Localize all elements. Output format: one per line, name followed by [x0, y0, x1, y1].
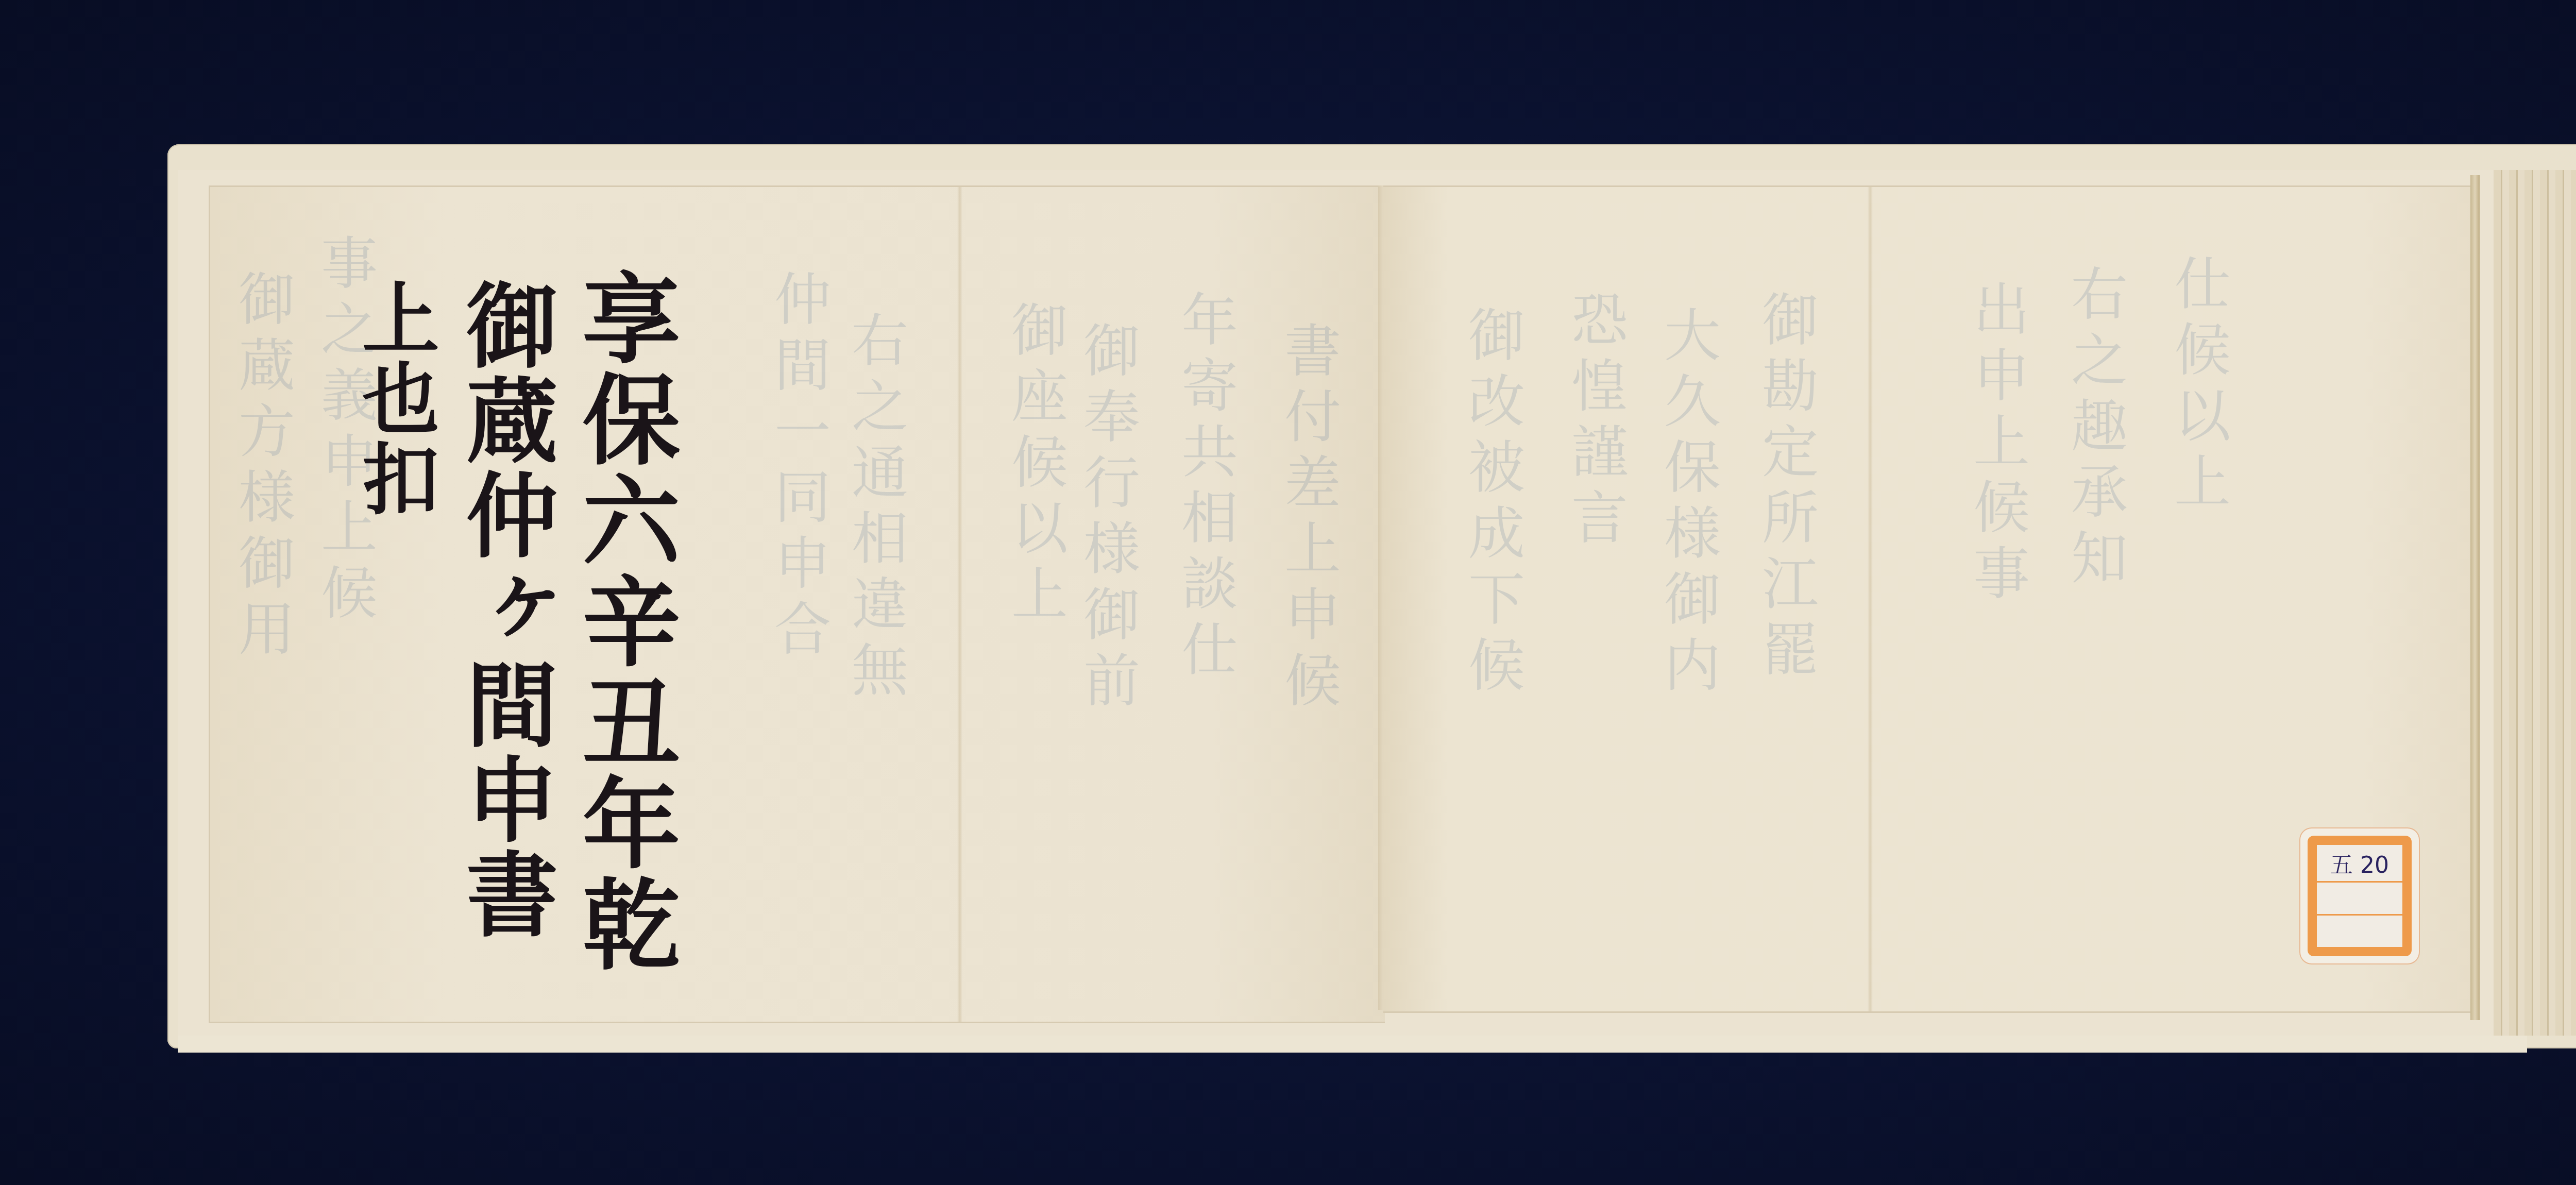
bleed-through-text: 仕候以上: [2166, 254, 2229, 518]
bleed-through-text: 右之通相違無: [844, 311, 906, 706]
title-column-2: 御蔵仲ヶ間申書: [459, 278, 550, 942]
binding-fold: [2470, 175, 2480, 1020]
title-column-1: 享保六辛丑年乾: [574, 268, 672, 975]
label-grid: 五 20: [2317, 845, 2402, 947]
bleed-through-text: 出申上候事: [1965, 280, 2028, 610]
bleed-through-text: 御座候以上: [1004, 300, 1066, 630]
page-crease: [957, 187, 962, 1022]
label-orange-border: 五 20: [2308, 836, 2412, 956]
label-row-2: [2317, 883, 2402, 914]
bleed-through-text: 書付差上申候: [1277, 321, 1339, 717]
label-catalog-number: 五 20: [2317, 845, 2402, 881]
bleed-through-text: 年寄共相談仕: [1174, 290, 1236, 686]
bleed-through-text: 右之趣承知: [2063, 264, 2126, 594]
bleed-through-text: 仲間一同申合: [767, 269, 829, 665]
page-crease: [1868, 187, 1873, 1011]
bleed-through-text: 御改被成下候: [1461, 306, 1523, 701]
catalog-label: 五 20: [2300, 828, 2419, 963]
bleed-through-text: 御奉行様御前: [1076, 321, 1138, 717]
bleed-through-text: 御勘定所江罷: [1754, 290, 1817, 686]
page-fore-edge: [2494, 170, 2576, 1036]
bleed-through-text: 恐惶謹言: [1564, 290, 1626, 554]
bleed-through-text: 大久保様御内: [1656, 306, 1719, 701]
bleed-through-text: 御蔵方様御用: [231, 269, 293, 665]
title-column-3: 上也扣: [355, 278, 433, 519]
label-row-3: [2317, 916, 2402, 947]
